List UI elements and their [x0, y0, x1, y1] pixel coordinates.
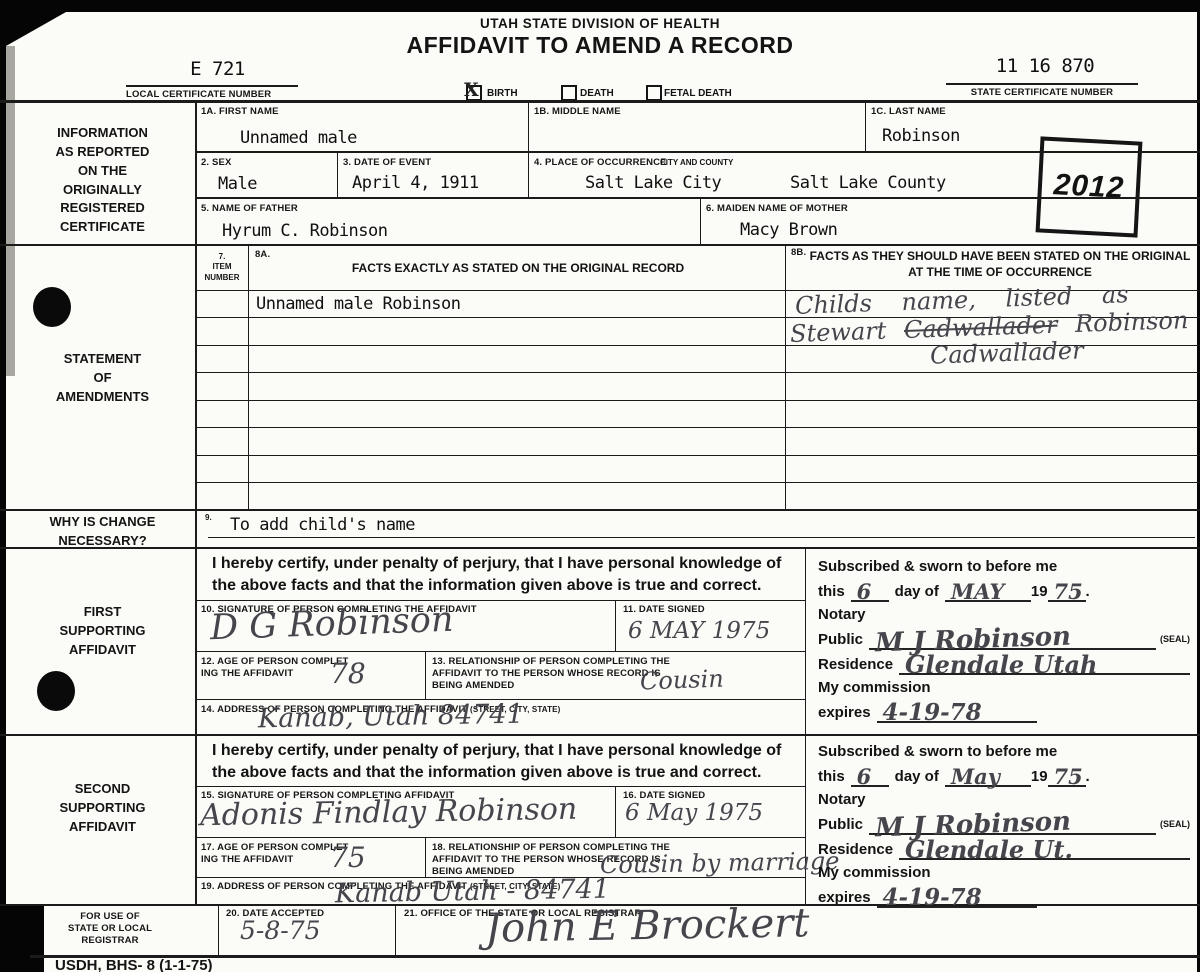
ruled-line	[195, 427, 1200, 428]
death-checkbox[interactable]	[561, 85, 577, 101]
notary-block-2: Subscribed & sworn to before me this 6 d…	[818, 742, 1190, 911]
seal-label: (SEAL)	[1160, 814, 1190, 834]
facts-column-header: FACTS EXACTLY AS STATED ON THE ORIGINAL …	[256, 261, 780, 277]
notary-name-blank: M J Robinson	[869, 628, 1156, 650]
year-prefix: 19	[1031, 767, 1048, 787]
grid-line	[865, 100, 866, 151]
public-label: Public	[818, 815, 863, 835]
grid-line	[0, 734, 1200, 736]
period: .	[1086, 582, 1090, 602]
birth-checkbox-label: BIRTH	[487, 88, 518, 99]
date-of-event-label: 3. DATE OF EVENT	[343, 157, 431, 169]
why-change-number: 9.	[205, 513, 212, 523]
ruled-line	[195, 455, 1200, 456]
residence-blank: Glendale Utah	[899, 653, 1190, 675]
period: .	[1086, 767, 1090, 787]
notary-public-line: Public M J Robinson (SEAL)	[818, 813, 1190, 835]
relationship-label-1: 13. RELATIONSHIP OF PERSON COMPLETING TH…	[432, 656, 670, 692]
page-title: AFFIDAVIT TO AMEND A RECORD	[250, 32, 950, 59]
relationship-value-2: Cousin by marriage	[600, 847, 840, 879]
this-label: this	[818, 767, 845, 787]
rule-line	[126, 85, 298, 87]
day-of-label: day of	[895, 767, 939, 787]
punch-hole	[33, 287, 71, 327]
form-number: USDH, BHS- 8 (1-1-75)	[55, 957, 213, 972]
year-value: 75	[1054, 582, 1083, 602]
expires-label: expires	[818, 888, 871, 908]
grid-line	[425, 837, 426, 877]
commission-line: My commission	[818, 678, 1190, 698]
date-of-event-value: April 4, 1911	[352, 173, 479, 193]
amendment-correction-line3: Cadwallader	[930, 336, 1084, 369]
grid-line	[195, 786, 805, 787]
month-value: May	[951, 767, 1000, 787]
notary-label: Notary	[818, 605, 866, 625]
year-prefix: 19	[1031, 582, 1048, 602]
age-label-1: 12. AGE OF PERSON COMPLET ING THE AFFIDA…	[201, 656, 349, 680]
notary-public-line: Public M J Robinson (SEAL)	[818, 628, 1190, 650]
grid-line	[425, 651, 426, 699]
section-label-first-affidavit: FIRST SUPPORTING AFFIDAVIT	[10, 603, 195, 660]
residence-line: Residence Glendale Ut.	[818, 838, 1190, 860]
expires-line: expires 4-19-78	[818, 701, 1190, 723]
grid-line	[195, 151, 1200, 153]
grid-line	[195, 837, 805, 838]
day-blank: 6	[851, 765, 889, 787]
ruled-line	[195, 482, 1200, 483]
age-value-1: 78	[330, 657, 366, 690]
grid-line	[700, 197, 701, 244]
sex-label: 2. SEX	[201, 157, 231, 169]
corrected-facts-column-header: FACTS AS THEY SHOULD HAVE BEEN STATED ON…	[805, 249, 1195, 280]
notary-label: Notary	[818, 790, 866, 810]
residence-value: Glendale Utah	[905, 655, 1097, 675]
notary-block-1: Subscribed & sworn to before me this 6 d…	[818, 557, 1190, 726]
ruled-line	[195, 372, 1200, 373]
address-value-1: Kanab, Utah 84741	[258, 699, 524, 735]
notary-name-blank: M J Robinson	[869, 813, 1156, 835]
father-name-value: Hyrum C. Robinson	[222, 221, 388, 241]
expires-value: 4-19-78	[883, 703, 982, 723]
day-blank: 6	[851, 580, 889, 602]
affiant-signature-1: D G Robinson	[209, 600, 454, 648]
age-value-2: 75	[330, 841, 366, 874]
facts-column-number: 8A.	[255, 249, 270, 261]
last-name-label: 1C. LAST NAME	[871, 106, 946, 118]
this-label: this	[818, 582, 845, 602]
mother-name-value: Macy Brown	[740, 220, 837, 240]
expires-blank: 4-19-78	[877, 886, 1037, 908]
affiant-signature-2: Adonis Findlay Robinson	[200, 792, 578, 834]
section-label-original-info: INFORMATION AS REPORTED ON THE ORIGINALL…	[10, 124, 195, 237]
local-certificate-number: E 721	[135, 58, 300, 80]
date-signed-value-2: 6 May 1975	[625, 800, 763, 826]
grid-line	[195, 651, 805, 652]
grid-line	[528, 151, 529, 197]
grid-line	[528, 100, 529, 151]
state-certificate-number: 11 16 870	[950, 55, 1140, 77]
fetal-death-checkbox[interactable]	[646, 85, 662, 101]
day-value: 6	[857, 767, 872, 787]
commission-label: My commission	[818, 863, 931, 883]
grid-line	[0, 244, 1200, 246]
sworn-date-line: this 6 day of May 19 75 .	[818, 765, 1190, 787]
ruled-line	[195, 400, 1200, 401]
month-blank: May	[945, 765, 1031, 787]
corrected-facts-column-number: 8B.	[791, 247, 806, 259]
rule-line	[946, 83, 1138, 85]
father-name-label: 5. NAME OF FATHER	[201, 203, 298, 215]
correction-word-start: Stewart	[790, 317, 887, 348]
grid-line	[615, 600, 616, 651]
age-label-2: 17. AGE OF PERSON COMPLET ING THE AFFIDA…	[201, 842, 349, 866]
death-checkbox-label: DEATH	[580, 88, 614, 99]
section-label-registrar-use: FOR USE OF STATE OR LOCAL REGISTRAR	[10, 911, 210, 947]
registrar-signature: John E Brockert	[485, 900, 810, 952]
place-city-value: Salt Lake City	[585, 173, 721, 193]
ruled-line	[208, 537, 1195, 538]
sworn-line: Subscribed & sworn to before me	[818, 742, 1190, 762]
scanned-affidavit-document: UTAH STATE DIVISION OF HEALTH AFFIDAVIT …	[0, 0, 1200, 972]
sworn-line: Subscribed & sworn to before me	[818, 557, 1190, 577]
expires-blank: 4-19-78	[877, 701, 1037, 723]
grid-line	[785, 244, 786, 510]
date-signed-value-1: 6 MAY 1975	[628, 618, 770, 644]
grid-line	[337, 151, 338, 197]
grid-line	[218, 904, 219, 955]
date-signed-label-1: 11. DATE SIGNED	[623, 604, 705, 616]
mother-name-label: 6. MAIDEN NAME OF MOTHER	[706, 203, 848, 215]
sworn-text: Subscribed & sworn to before me	[818, 557, 1057, 577]
year-blank: 75	[1048, 580, 1086, 602]
month-value: MAY	[951, 582, 1004, 602]
notary-word-line: Notary	[818, 790, 1190, 810]
seal-label: (SEAL)	[1160, 629, 1190, 649]
certify-statement-1: I hereby certify, under penalty of perju…	[212, 553, 812, 598]
place-sublabel: CITY AND COUNTY	[660, 158, 733, 168]
middle-name-label: 1B. MIDDLE NAME	[534, 106, 621, 118]
place-county-value: Salt Lake County	[790, 173, 946, 193]
certify-statement-2: I hereby certify, under penalty of perju…	[212, 740, 812, 785]
residence-line: Residence Glendale Utah	[818, 653, 1190, 675]
relationship-value-1: Cousin	[640, 665, 725, 696]
expires-label: expires	[818, 703, 871, 723]
section-label-why: WHY IS CHANGE NECESSARY?	[10, 513, 195, 551]
expires-line: expires 4-19-78	[818, 886, 1190, 908]
last-name-value: Robinson	[882, 126, 960, 146]
section-label-second-affidavit: SECOND SUPPORTING AFFIDAVIT	[10, 780, 195, 837]
day-of-label: day of	[895, 582, 939, 602]
residence-blank: Glendale Ut.	[899, 838, 1190, 860]
month-blank: MAY	[945, 580, 1031, 602]
date-accepted-value: 5-8-75	[240, 916, 321, 945]
state-certificate-label: STATE CERTIFICATE NUMBER	[946, 87, 1138, 99]
public-label: Public	[818, 630, 863, 650]
residence-value: Glendale Ut.	[905, 840, 1073, 860]
fetal-death-checkbox-label: FETAL DEATH	[664, 88, 732, 99]
grid-line	[248, 244, 249, 510]
grid-line	[195, 600, 805, 601]
grid-line	[395, 904, 396, 955]
section-label-statement: STATEMENT OF AMENDMENTS	[10, 350, 195, 407]
notary-word-line: Notary	[818, 605, 1190, 625]
amendment-fact-value: Unnamed male Robinson	[256, 294, 460, 314]
commission-line: My commission	[818, 863, 1190, 883]
why-change-value: To add child's name	[230, 515, 415, 535]
sworn-date-line: this 6 day of MAY 19 75 .	[818, 580, 1190, 602]
sworn-text: Subscribed & sworn to before me	[818, 742, 1057, 762]
grid-line	[0, 509, 1200, 511]
correction-word-end: Robinson	[1075, 306, 1189, 338]
grid-line	[615, 786, 616, 837]
grid-line	[195, 100, 197, 904]
item-number-column-header: 7. ITEM NUMBER	[196, 252, 248, 283]
expires-value: 4-19-78	[883, 888, 982, 908]
place-label: 4. PLACE OF OCCURRENCE	[534, 157, 667, 169]
year-blank: 75	[1048, 765, 1086, 787]
stamp-year: 2012	[1053, 168, 1125, 206]
commission-label: My commission	[818, 678, 931, 698]
first-name-value: Unnamed male	[240, 128, 357, 148]
birth-checkmark: X	[464, 79, 479, 101]
sex-value: Male	[218, 174, 257, 194]
grid-line	[0, 100, 1200, 103]
year-value: 75	[1054, 767, 1083, 787]
day-value: 6	[857, 582, 872, 602]
agency-name: UTAH STATE DIVISION OF HEALTH	[300, 16, 900, 31]
grid-line	[195, 197, 1200, 199]
punch-hole	[37, 671, 75, 711]
first-name-label: 1A. FIRST NAME	[201, 106, 279, 118]
